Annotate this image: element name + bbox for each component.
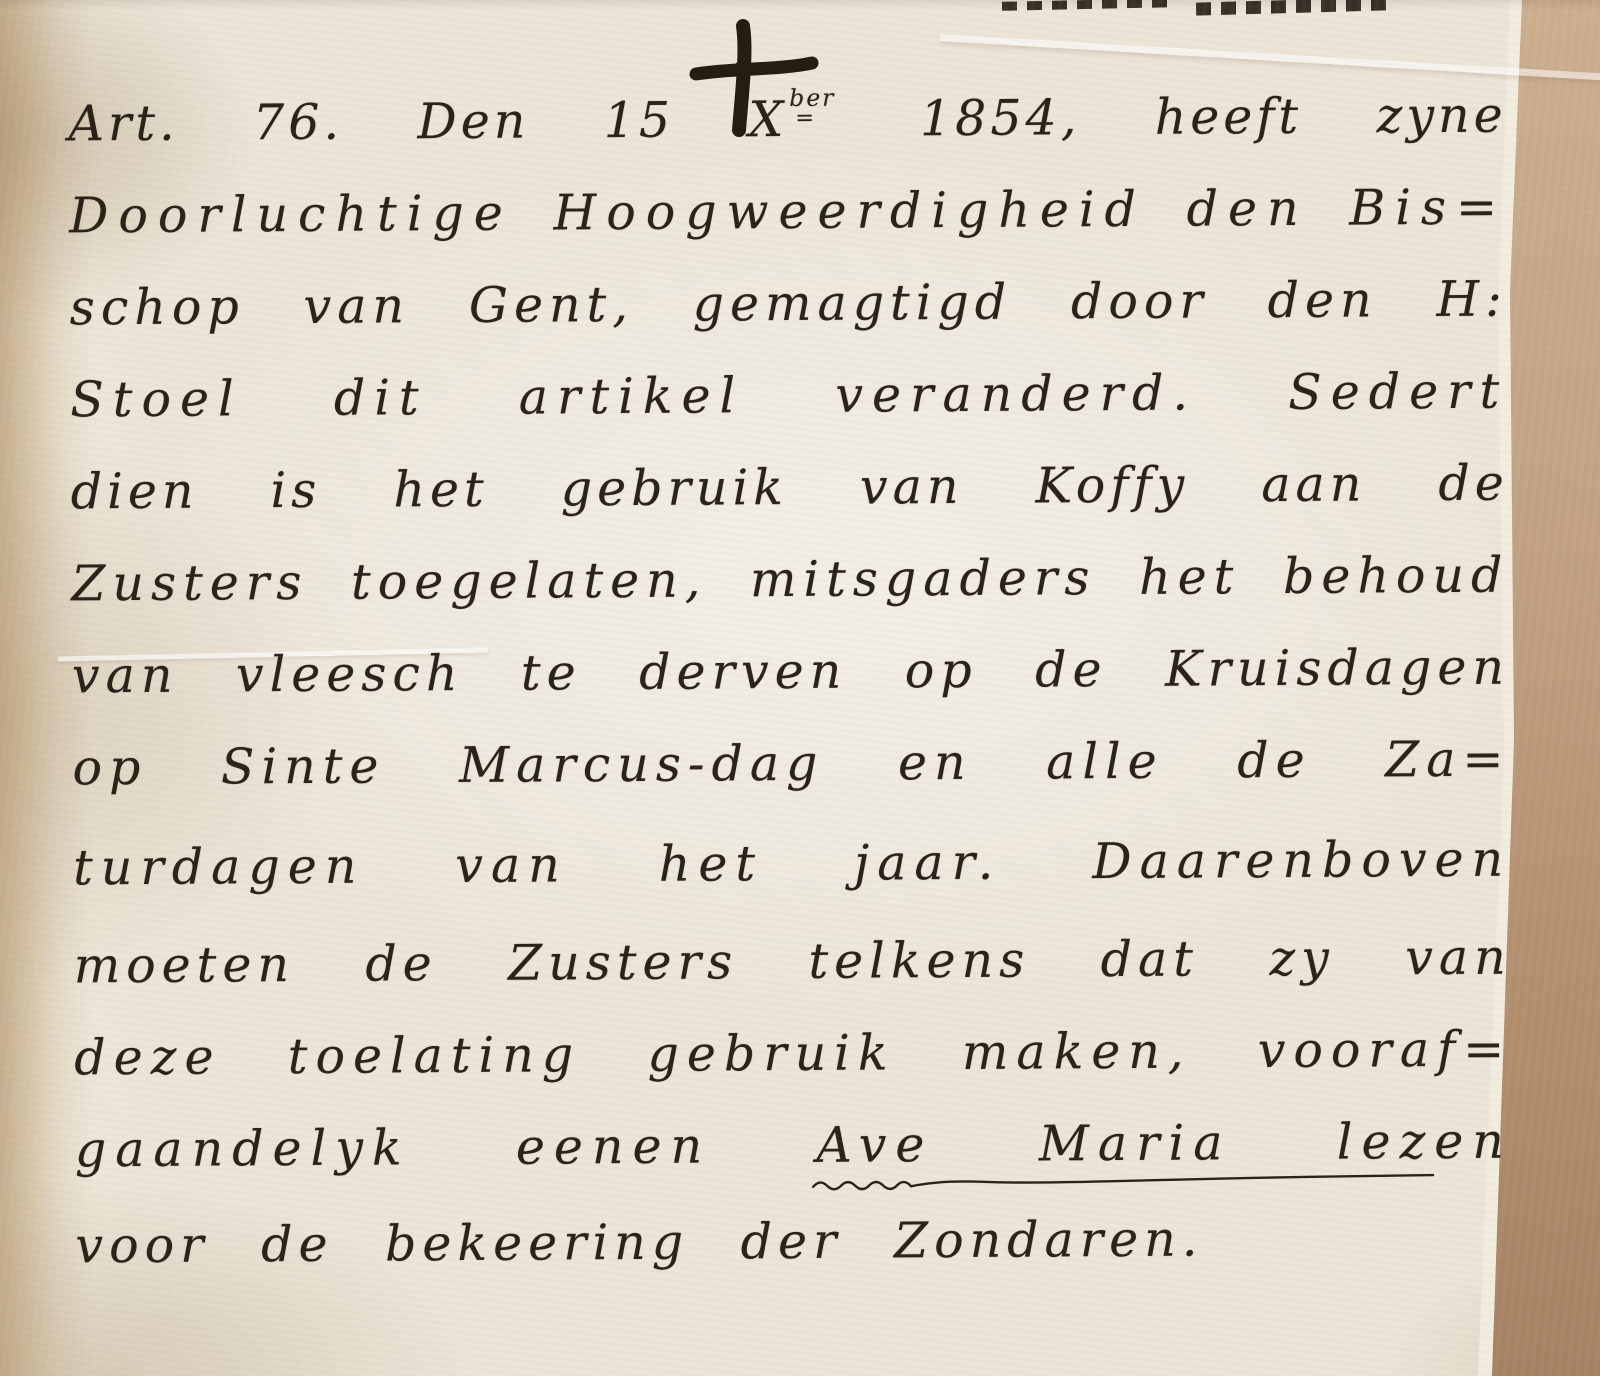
printed-text-fragment (1196, 0, 1386, 16)
date-text: Den 15 X (417, 91, 787, 150)
wavy-underline (811, 1174, 1456, 1194)
manuscript-line-3: schop van Gent, gemagtigd door den H: (69, 254, 1508, 355)
abbreviation-mark: = (795, 109, 816, 128)
manuscript-line-7: van vleesch te derven op de Kruisdagen (72, 622, 1511, 723)
manuscript-page: Art. 76. Den 15 Xber= 1854, heeft zyne D… (0, 0, 1600, 1376)
manuscript-line-13: voor de bekeering der Zondaren. (75, 1192, 1514, 1293)
year-text: 1854, heeft zyne (920, 87, 1507, 148)
article-number: Art. 76. (68, 94, 343, 153)
manuscript-line-1: Art. 76. Den 15 Xber= 1854, heeft zyne (68, 70, 1507, 171)
manuscript-line-4: Stoel dit artikel veranderd. Sedert (70, 346, 1509, 447)
manuscript-line-8: op Sinte Marcus-dag en alle de Za= (72, 714, 1511, 815)
manuscript-line-2: Doorluchtige Hoogweerdigheid den Bis= (69, 162, 1508, 263)
manuscript-line-9: turdagen van het jaar. Daarenboven (73, 814, 1512, 915)
manuscript-line-5: dien is het gebruik van Koffy aan de (71, 438, 1510, 539)
manuscript-line-10: moeten de Zusters telkens dat zy van (73, 912, 1512, 1013)
ave-maria-underlined: Ave Maria (816, 1114, 1231, 1174)
ave-maria-text: Ave Maria (816, 1114, 1231, 1174)
manuscript-line-11: deze toelating gebruik maken, vooraf= (74, 1004, 1513, 1105)
manuscript-line-6: Zusters toegelaten, mitsgaders het behou… (71, 530, 1510, 631)
manuscript-text: Art. 76. Den 15 Xber= 1854, heeft zyne D… (68, 70, 1513, 1293)
line-12-start: gaandelyk eenen (75, 1117, 712, 1178)
manuscript-line-12: gaandelyk eenen Ave Maria lezen (75, 1096, 1514, 1197)
superscript-month-abbrev: ber= (789, 88, 835, 128)
line-12-end: lezen (1337, 1113, 1513, 1171)
